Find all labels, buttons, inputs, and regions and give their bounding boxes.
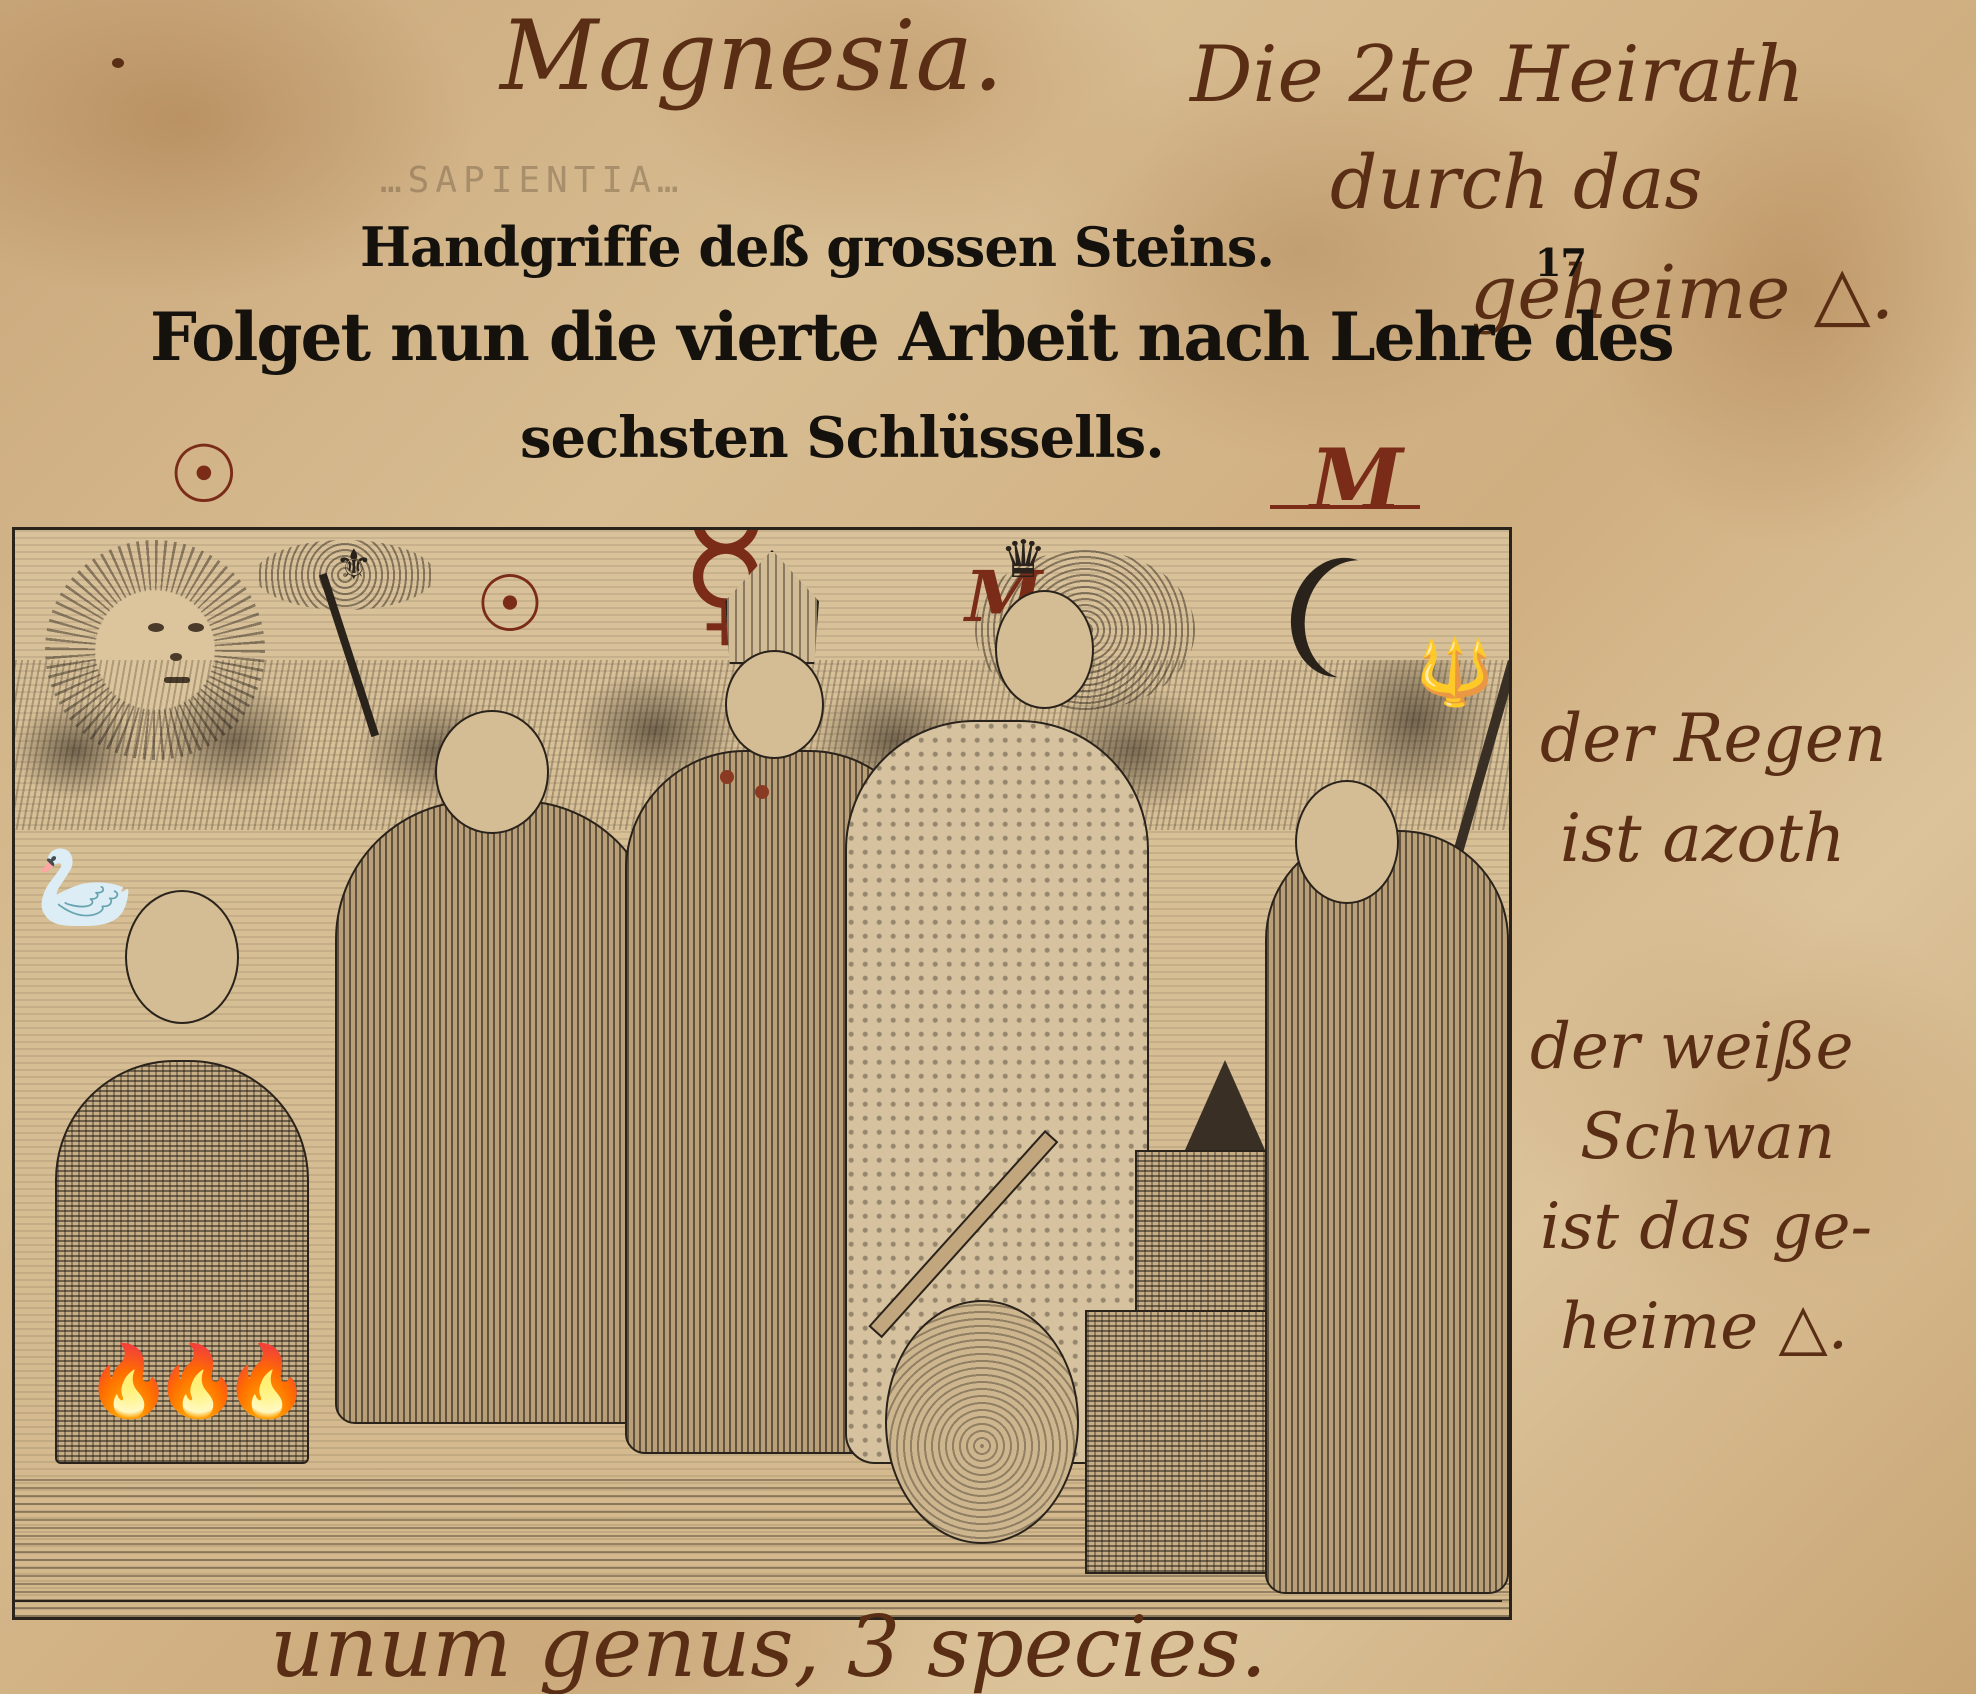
bishop-head (725, 650, 824, 759)
alchemical-sign: M (1310, 430, 1403, 529)
bearded-head (125, 890, 239, 1024)
fleur-de-lis-icon: ⚜ (335, 540, 373, 589)
handwritten-note-line: durch das (1330, 140, 1703, 226)
bottom-note: unum genus, 3 species. (270, 1598, 1267, 1694)
alembic-cone (1185, 1060, 1265, 1150)
margin-note-line: Schwan (1580, 1100, 1835, 1174)
margin-note-line: ist azoth (1560, 800, 1845, 877)
red-ink-stain (720, 770, 734, 784)
old-man-head (1295, 780, 1399, 904)
chapter-title-line-2: sechsten Schlüssells. (520, 405, 1164, 471)
bleed-through-text: …SAPIENTIA… (380, 160, 684, 201)
margin-note-line: heime △. (1560, 1290, 1848, 1364)
sun-symbol: ☉ (168, 428, 240, 521)
page-number: 17 (1535, 240, 1586, 285)
retort-flask-icon (885, 1300, 1079, 1544)
crown-icon: ♛ (1000, 530, 1047, 590)
trident-icon: 🔱 (1415, 635, 1495, 710)
plate-sun-symbol: ☉ (475, 560, 545, 650)
chapter-title-line-1: Folget nun die vierte Arbeit nach Lehre … (150, 298, 1673, 376)
handwritten-heading: Magnesia. (500, 0, 1003, 112)
alchemical-sign-underline (1270, 505, 1420, 509)
handwritten-note-line: Die 2te Heirath (1190, 30, 1805, 120)
old-man-figure (1265, 830, 1509, 1594)
swan-icon: 🦢 (35, 840, 135, 934)
ink-dot (112, 58, 124, 68)
margin-note-line: der weiße (1530, 1010, 1854, 1084)
king-figure (335, 800, 659, 1424)
red-ink-stain (755, 785, 769, 799)
engraved-plate: ☉ ☿ M 🦢 🔥🔥🔥 ⚜ ♛ 🔱 (12, 527, 1512, 1620)
fire-icon: 🔥🔥🔥 (85, 1340, 292, 1423)
queen-head (995, 590, 1094, 709)
margin-note-line: ist das ge- (1540, 1190, 1872, 1264)
margin-note-line: der Regen (1540, 700, 1886, 777)
king-head (435, 710, 549, 834)
running-title: Handgriffe deß grossen Steins. (360, 215, 1274, 279)
